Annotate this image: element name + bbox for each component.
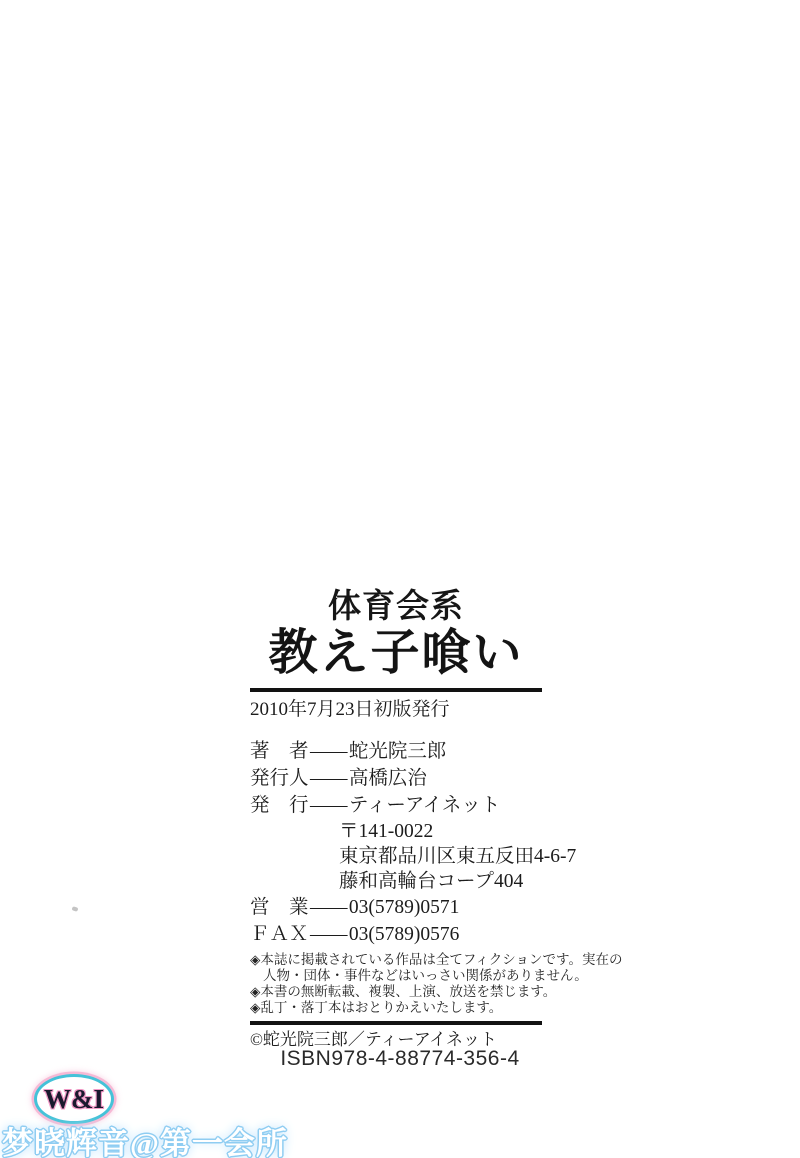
- scan-artifact-speck: [72, 906, 79, 912]
- address-street: 東京都品川区東五反田4-6-7: [339, 844, 542, 869]
- contact-label: ＦＡＸ: [250, 921, 310, 948]
- contact-label: 営 業: [250, 894, 310, 921]
- publisher-address: 〒141-0022 東京都品川区東五反田4-6-7 藤和高輪台コープ404: [339, 819, 542, 894]
- isbn-number: ISBN978-4-88774-356-4: [0, 1047, 800, 1071]
- credit-value: 高橋広治: [349, 768, 427, 789]
- scan-group-logo-text: W&I: [44, 1084, 104, 1115]
- contact-value: 03(5789)0571: [349, 897, 460, 918]
- credit-value: ティーアイネット: [349, 795, 501, 816]
- divider-line-top: [250, 688, 542, 692]
- legal-notices: ◈本誌に掲載されている作品は全てフィクションです。実在の 人物・団体・事件などは…: [250, 952, 542, 1016]
- credit-label: 発 行: [250, 792, 310, 819]
- book-title: 教え子喰い: [250, 626, 542, 680]
- contact-list: 営 業——03(5789)0571 ＦＡＸ——03(5789)0576: [250, 894, 542, 948]
- dash-separator: ——: [310, 741, 346, 762]
- scan-group-logo: W&I: [34, 1074, 114, 1124]
- contact-value: 03(5789)0576: [349, 924, 460, 945]
- edition-date: 2010年7月23日初版発行: [250, 698, 542, 722]
- address-building: 藤和高輪台コープ404: [339, 869, 542, 894]
- notice-no-reproduction: ◈本書の無断転載、複製、上演、放送を禁じます。: [250, 984, 542, 1000]
- dash-separator: ——: [310, 897, 346, 918]
- contact-row-sales: 営 業——03(5789)0571: [250, 894, 542, 921]
- divider-line-bottom: [250, 1021, 542, 1025]
- colophon-block: 体育会系 教え子喰い 2010年7月23日初版発行 著 者——蛇光院三郎 発行人…: [250, 588, 542, 1050]
- dash-separator: ——: [310, 768, 346, 789]
- credit-row-publisher-company: 発 行——ティーアイネット: [250, 792, 542, 819]
- credit-row-publisher-person: 発行人——高橋広治: [250, 765, 542, 792]
- credit-label: 著 者: [250, 738, 310, 765]
- credits-list: 著 者——蛇光院三郎 発行人——高橋広治 発 行——ティーアイネット: [250, 738, 542, 819]
- postal-code: 〒141-0022: [339, 819, 542, 844]
- contact-row-fax: ＦＡＸ——03(5789)0576: [250, 921, 542, 948]
- notice-fiction-cont: 人物・団体・事件などはいっさい関係がありません。: [250, 968, 542, 984]
- notice-defective-copies: ◈乱丁・落丁本はおとりかえいたします。: [250, 1000, 542, 1016]
- dash-separator: ——: [310, 924, 346, 945]
- scanned-colophon-page: 体育会系 教え子喰い 2010年7月23日初版発行 著 者——蛇光院三郎 発行人…: [0, 0, 800, 1158]
- credit-value: 蛇光院三郎: [349, 741, 447, 762]
- credit-label: 発行人: [250, 765, 310, 792]
- dash-separator: ——: [310, 795, 346, 816]
- series-title: 体育会系: [250, 588, 542, 626]
- notice-fiction: ◈本誌に掲載されている作品は全てフィクションです。実在の: [250, 952, 542, 968]
- credit-row-author: 著 者——蛇光院三郎: [250, 738, 542, 765]
- watermark-text: 梦晓辉音@第一会所: [2, 1118, 288, 1158]
